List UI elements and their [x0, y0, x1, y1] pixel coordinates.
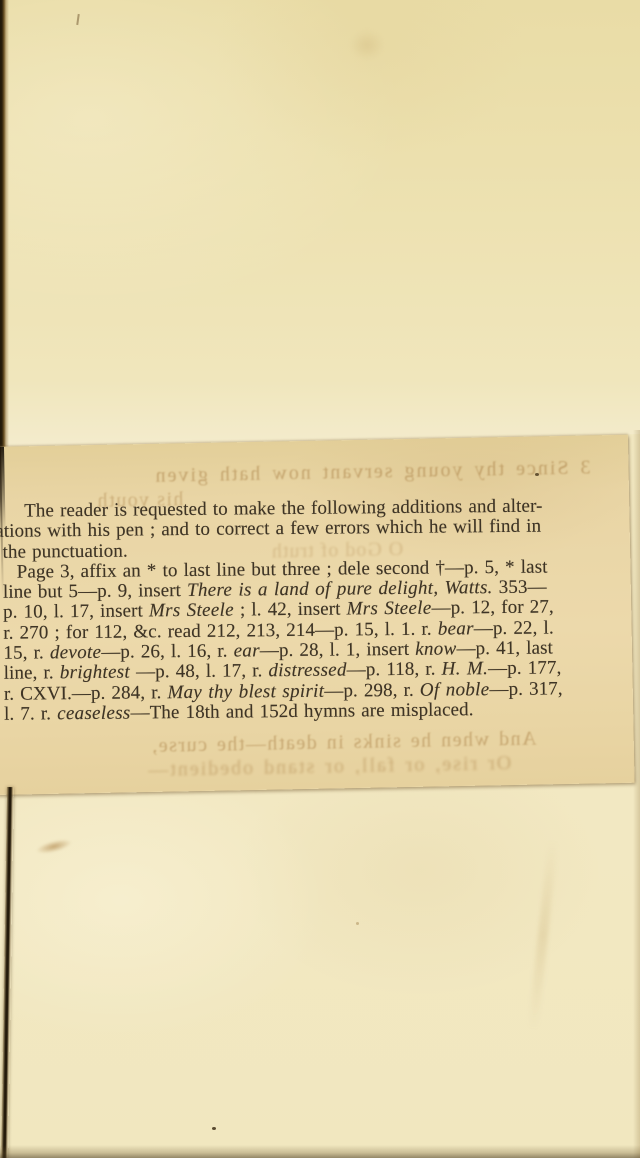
- page-right-shade: [633, 430, 640, 1158]
- page-bottom-shadow: [0, 1145, 640, 1158]
- paper-speck: [535, 473, 539, 476]
- page-gutter-line: [1, 787, 14, 1158]
- scanned-book-page: 3 Since thy young servant now hath given…: [0, 0, 640, 1158]
- paper-speck: [212, 1127, 216, 1130]
- upper-page-region: [0, 0, 640, 452]
- errata-line: l. 7. r. ceaseless—The 18th and 152d hym…: [4, 699, 620, 725]
- paper-stain: [528, 840, 558, 1030]
- book-binding-edge: [0, 0, 9, 450]
- bleedthrough-line: 3 Since thy young servant now hath given: [90, 455, 590, 489]
- errata-text: The reader is requested to make the foll…: [2, 496, 620, 725]
- paper-stain: [350, 30, 384, 60]
- errata-slip: 3 Since thy young servant now hath given…: [0, 435, 635, 795]
- paper-speck: [356, 922, 359, 925]
- paper-stain: [35, 837, 73, 856]
